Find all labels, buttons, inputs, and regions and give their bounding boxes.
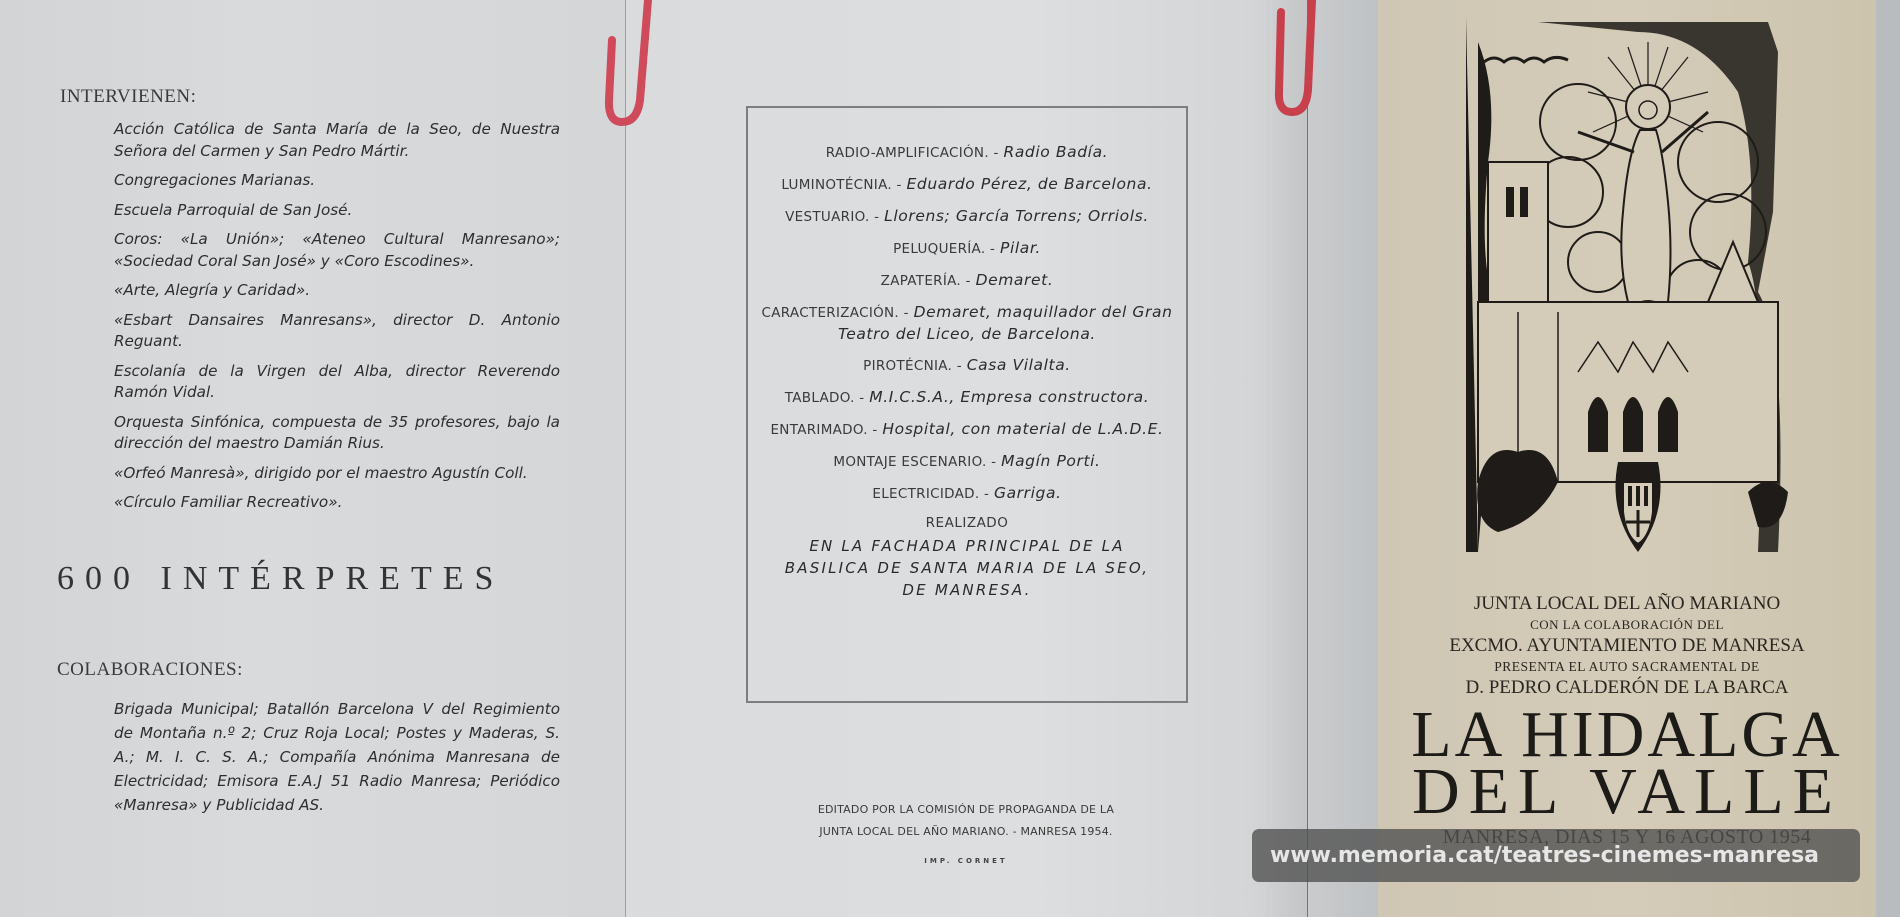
credit-item: ENTARIMADO. - Hospital, con material de … <box>758 419 1176 441</box>
middle-page: RADIO-AMPLIFICACIÓN. - Radio Badía. LUMI… <box>625 0 1307 917</box>
credits-box: RADIO-AMPLIFICACIÓN. - Radio Badía. LUMI… <box>746 106 1188 703</box>
red-clip-left-icon <box>600 0 660 130</box>
credit-name: Casa Vilalta. <box>967 356 1071 374</box>
credit-name: Pilar. <box>1000 239 1041 257</box>
credit-role: TABLADO. - <box>785 390 865 406</box>
credit-role: PIROTÉCNIA. - <box>863 358 962 374</box>
credit-role: LUMINOTÉCNIA. - <box>781 177 901 193</box>
credit-name: Magín Porti. <box>1001 452 1100 470</box>
credit-item: ELECTRICIDAD. - Garriga. <box>758 483 1176 505</box>
participant-item: «Círculo Familiar Recreativo». <box>114 492 560 514</box>
credit-item: PELUQUERÍA. - Pilar. <box>758 238 1176 260</box>
participant-item: Coros: «La Unión»; «Ateneo Cultural Manr… <box>114 229 560 272</box>
participant-item: «Arte, Alegría y Caridad». <box>114 280 560 302</box>
intervienen-heading: INTERVIENEN: <box>60 86 196 108</box>
realizado-label: REALIZADO <box>748 515 1186 531</box>
participants-list: Acción Católica de Santa María de la Seo… <box>114 119 560 522</box>
colaboraciones-heading: COLABORACIONES: <box>57 659 243 681</box>
credit-role: ELECTRICIDAD. - <box>872 486 989 502</box>
credit-name: Llorens; García Torrens; Orriols. <box>884 207 1149 225</box>
credit-role: PELUQUERÍA. - <box>893 241 995 257</box>
credit-item: ZAPATERÍA. - Demaret. <box>758 270 1176 292</box>
credit-item: PIROTÉCNIA. - Casa Vilalta. <box>758 355 1176 377</box>
realizado-text: EN LA FACHADA PRINCIPAL DE LA BASILICA D… <box>772 535 1162 601</box>
participant-item: Congregaciones Marianas. <box>114 170 560 192</box>
credit-role: ZAPATERÍA. - <box>881 273 971 289</box>
participant-item: «Esbart Dansaires Manresans», director D… <box>114 310 560 353</box>
credit-item: TABLADO. - M.I.C.S.A., Empresa construct… <box>758 387 1176 409</box>
credit-name: Hospital, con material de L.A.D.E. <box>882 420 1163 438</box>
credit-name: M.I.C.S.A., Empresa constructora. <box>869 388 1149 406</box>
participant-item: Escuela Parroquial de San José. <box>114 200 560 222</box>
colophon-line-1: EDITADO POR LA COMISIÓN DE PROPAGANDA DE… <box>706 799 1226 821</box>
credit-role: MONTAJE ESCENARIO. - <box>833 454 996 470</box>
participant-item: Escolanía de la Virgen del Alba, directo… <box>114 361 560 404</box>
poster-page: JUNTA LOCAL DEL AÑO MARIANO CON LA COLAB… <box>1378 0 1876 917</box>
poster-presenta: PRESENTA EL AUTO SACRAMENTAL DE <box>1378 659 1876 675</box>
credit-item: MONTAJE ESCENARIO. - Magín Porti. <box>758 451 1176 473</box>
left-page: INTERVIENEN: Acción Católica de Santa Ma… <box>0 0 625 917</box>
background-edge <box>1876 0 1900 917</box>
watermark-url: www.memoria.cat/teatres-cinemes-manresa <box>1252 829 1860 882</box>
page-fold <box>1307 0 1379 917</box>
credit-name: Demaret. <box>976 271 1054 289</box>
colophon-line-2: JUNTA LOCAL DEL AÑO MARIANO. - MANRESA 1… <box>706 821 1226 843</box>
credit-name: Radio Badía. <box>1003 143 1108 161</box>
poster-collaboration: CON LA COLABORACIÓN DEL <box>1378 617 1876 633</box>
colaboraciones-text: Brigada Municipal; Batallón Barcelona V … <box>114 697 560 817</box>
credit-item: LUMINOTÉCNIA. - Eduardo Pérez, de Barcel… <box>758 174 1176 196</box>
poster-author: D. PEDRO CALDERÓN DE LA BARCA <box>1378 677 1876 699</box>
poster-organizer: JUNTA LOCAL DEL AÑO MARIANO <box>1378 593 1876 615</box>
credit-role: CARACTERIZACIÓN. - <box>762 305 909 321</box>
credit-role: RADIO-AMPLIFICACIÓN. - <box>826 145 999 161</box>
printer-credit: IMP. CORNET <box>706 857 1226 865</box>
credit-role: VESTUARIO. - <box>785 209 879 225</box>
participant-item: «Orfeó Manresà», dirigido por el maestro… <box>114 463 560 485</box>
credit-item: CARACTERIZACIÓN. - Demaret, maquillador … <box>758 302 1176 345</box>
credit-name: Eduardo Pérez, de Barcelona. <box>907 175 1153 193</box>
credit-item: RADIO-AMPLIFICACIÓN. - Radio Badía. <box>758 142 1176 164</box>
participant-item: Acción Católica de Santa María de la Seo… <box>114 119 560 162</box>
credit-name: Garriga. <box>994 484 1062 502</box>
credits-list: RADIO-AMPLIFICACIÓN. - Radio Badía. LUMI… <box>748 142 1186 505</box>
performers-count-title: 600 INTÉRPRETES <box>57 560 567 598</box>
poster-title-line-2: DEL VALLE <box>1382 762 1872 822</box>
poster-ayuntamiento: EXCMO. AYUNTAMIENTO DE MANRESA <box>1378 635 1876 657</box>
red-clip-right-icon <box>1268 0 1328 120</box>
basilica-virgin-illustration-icon <box>1458 12 1798 572</box>
credit-item: VESTUARIO. - Llorens; García Torrens; Or… <box>758 206 1176 228</box>
credit-role: ENTARIMADO. - <box>770 422 877 438</box>
participant-item: Orquesta Sinfónica, compuesta de 35 prof… <box>114 412 560 455</box>
